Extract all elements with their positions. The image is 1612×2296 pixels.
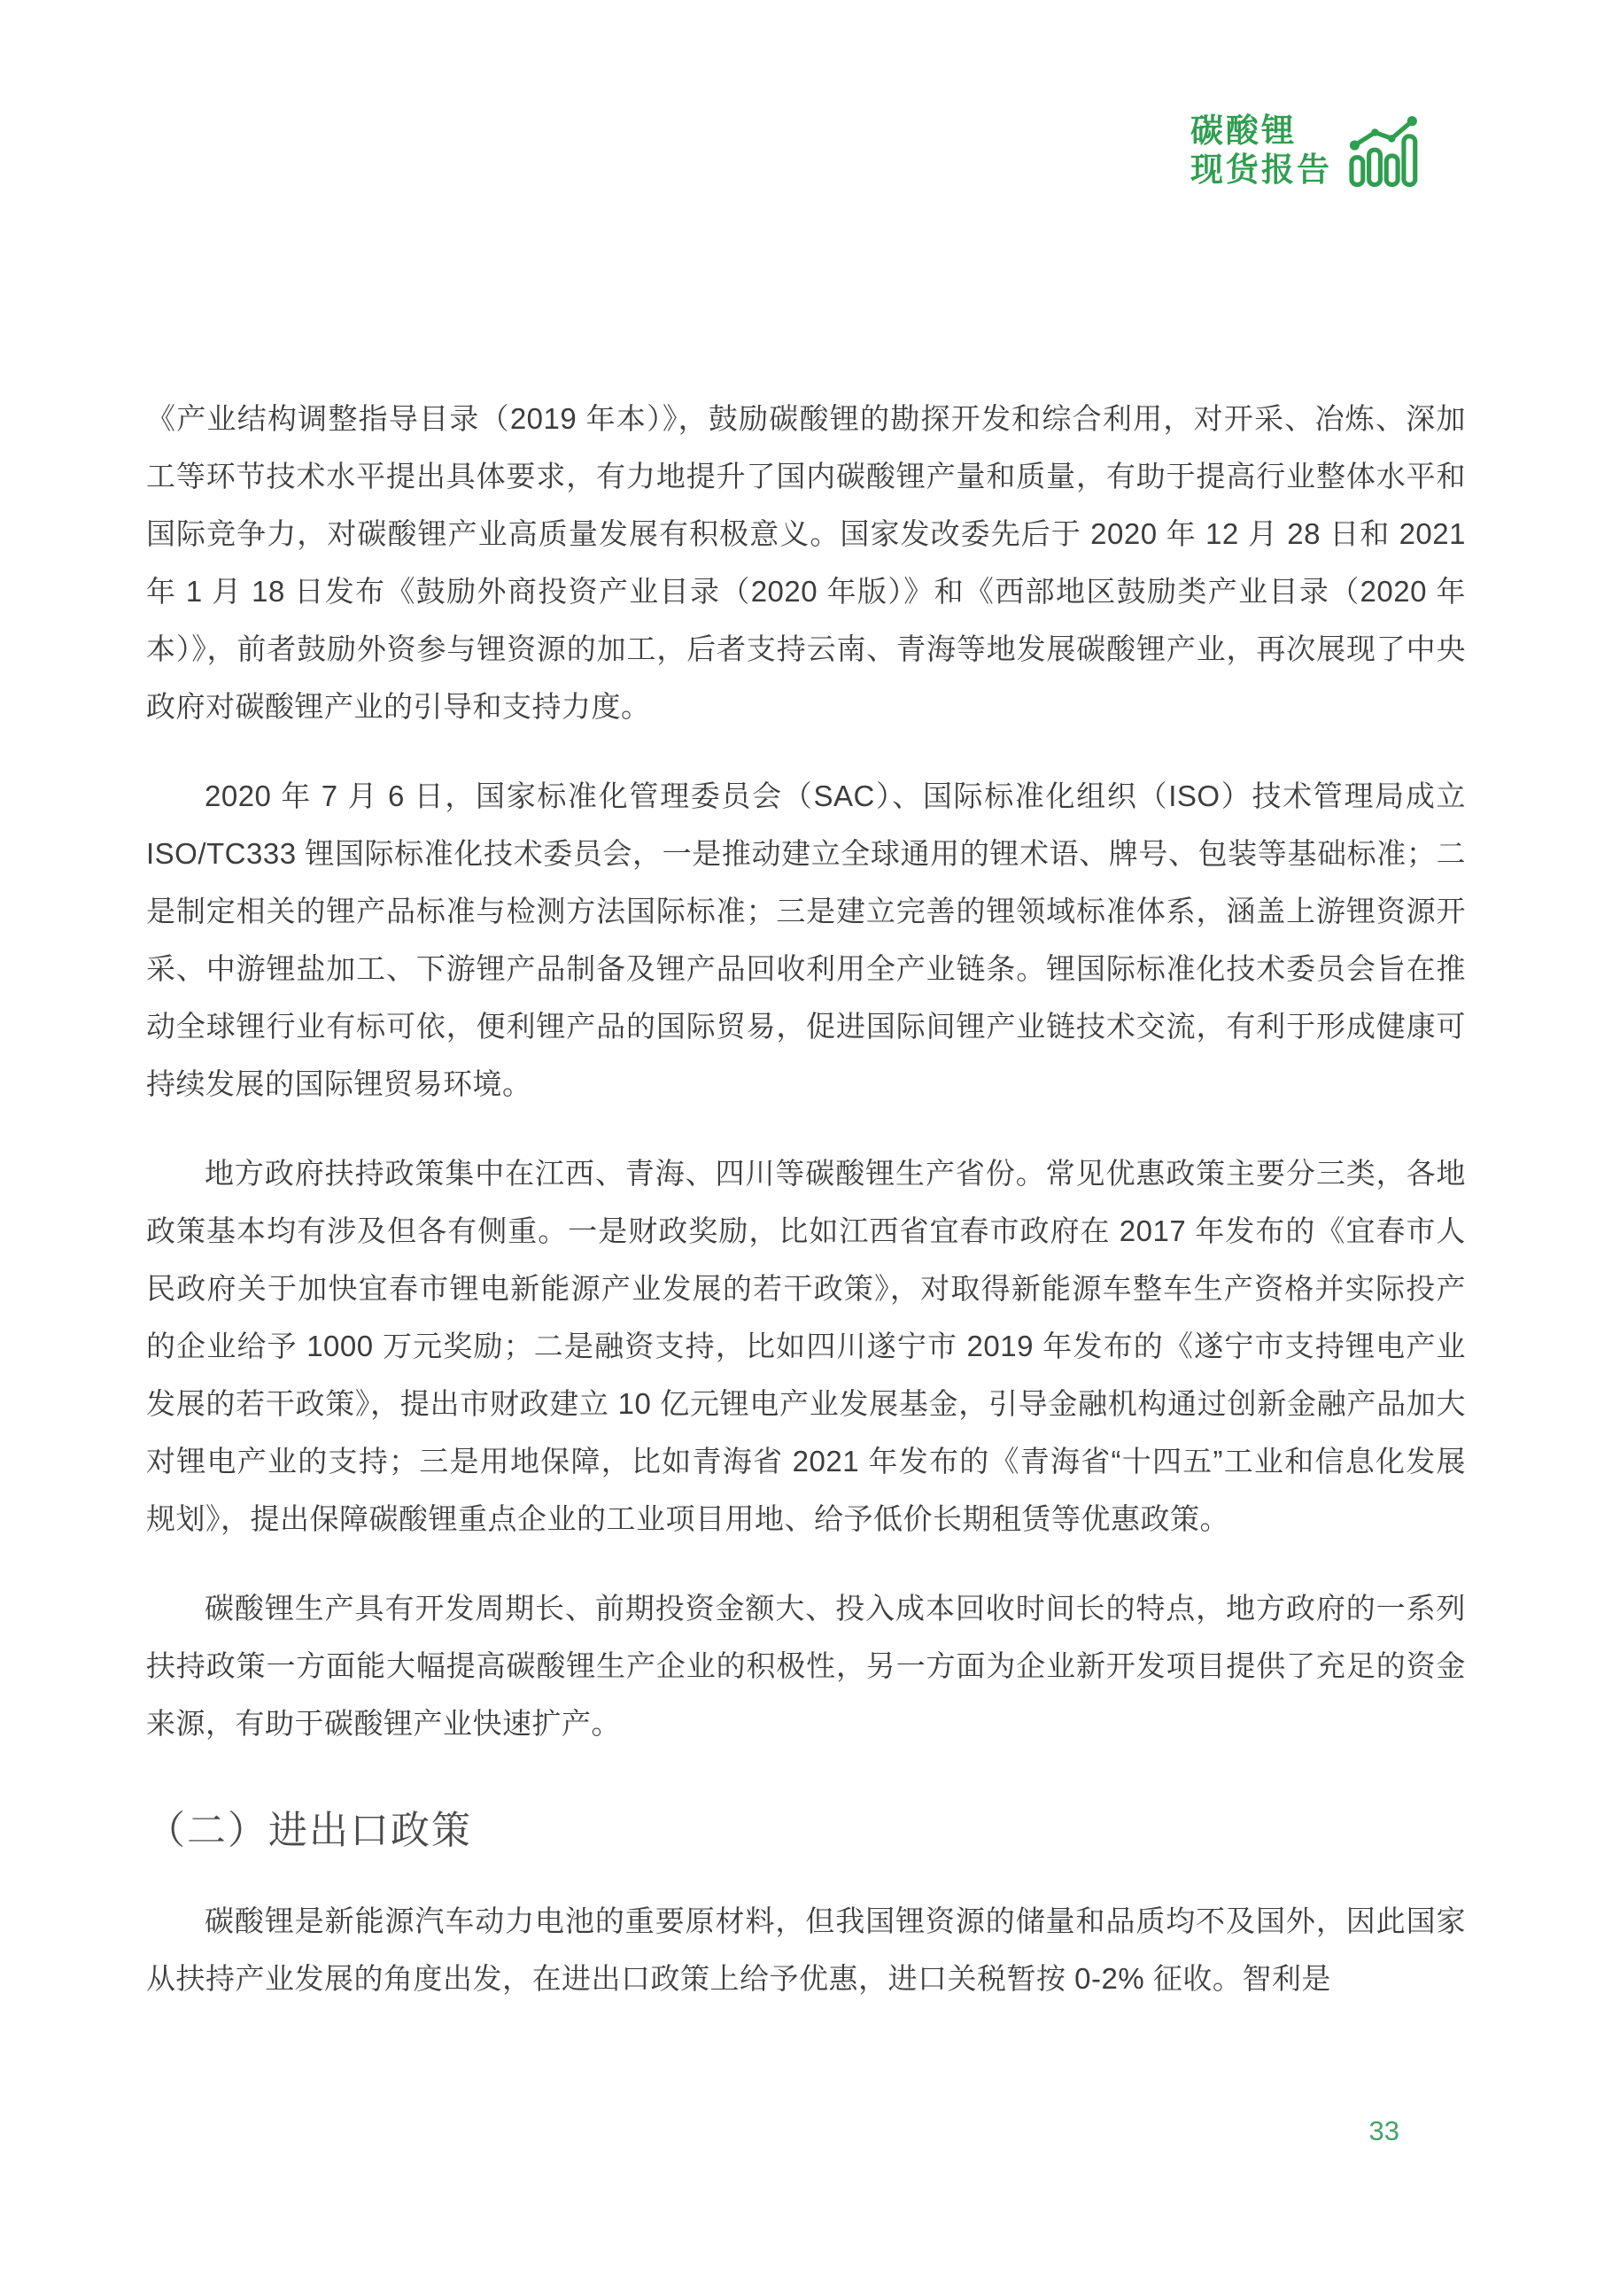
paragraph-production-traits: 碳酸锂生产具有开发周期长、前期投资金额大、投入成本回收时间长的特点，地方政府的一…: [146, 1579, 1466, 1752]
report-logo: 碳酸锂 现货报告: [1190, 112, 1419, 190]
report-logo-title-line1: 碳酸锂: [1190, 112, 1332, 151]
report-logo-title-line2: 现货报告: [1190, 151, 1332, 190]
paragraph-import-export-intro: 碳酸锂是新能源汽车动力电池的重要原材料，但我国锂资源的储量和品质均不及国外，因此…: [146, 1892, 1466, 2007]
document-body: 《产业结构调整指导目录（2019 年本）》，鼓励碳酸锂的勘探开发和综合利用，对开…: [146, 390, 1466, 2039]
paragraph-local-policies: 地方政府扶持政策集中在江西、青海、四川等碳酸锂生产省份。常见优惠政策主要分三类，…: [146, 1144, 1466, 1547]
bar-chart-trend-icon: [1346, 112, 1419, 189]
report-page: 碳酸锂 现货报告 《产业结构调整指导目录（2019 年本）》，鼓励碳酸锂的勘探开…: [0, 0, 1612, 2296]
report-logo-title: 碳酸锂 现货报告: [1190, 112, 1332, 190]
page-number: 33: [1369, 2115, 1399, 2147]
paragraph-industry-catalog: 《产业结构调整指导目录（2019 年本）》，鼓励碳酸锂的勘探开发和综合利用，对开…: [146, 390, 1466, 735]
paragraph-iso-standards: 2020 年 7 月 6 日，国家标准化管理委员会（SAC）、国际标准化组织（I…: [146, 767, 1466, 1113]
section-heading-import-export-policy: （二）进出口政策: [146, 1798, 1466, 1855]
